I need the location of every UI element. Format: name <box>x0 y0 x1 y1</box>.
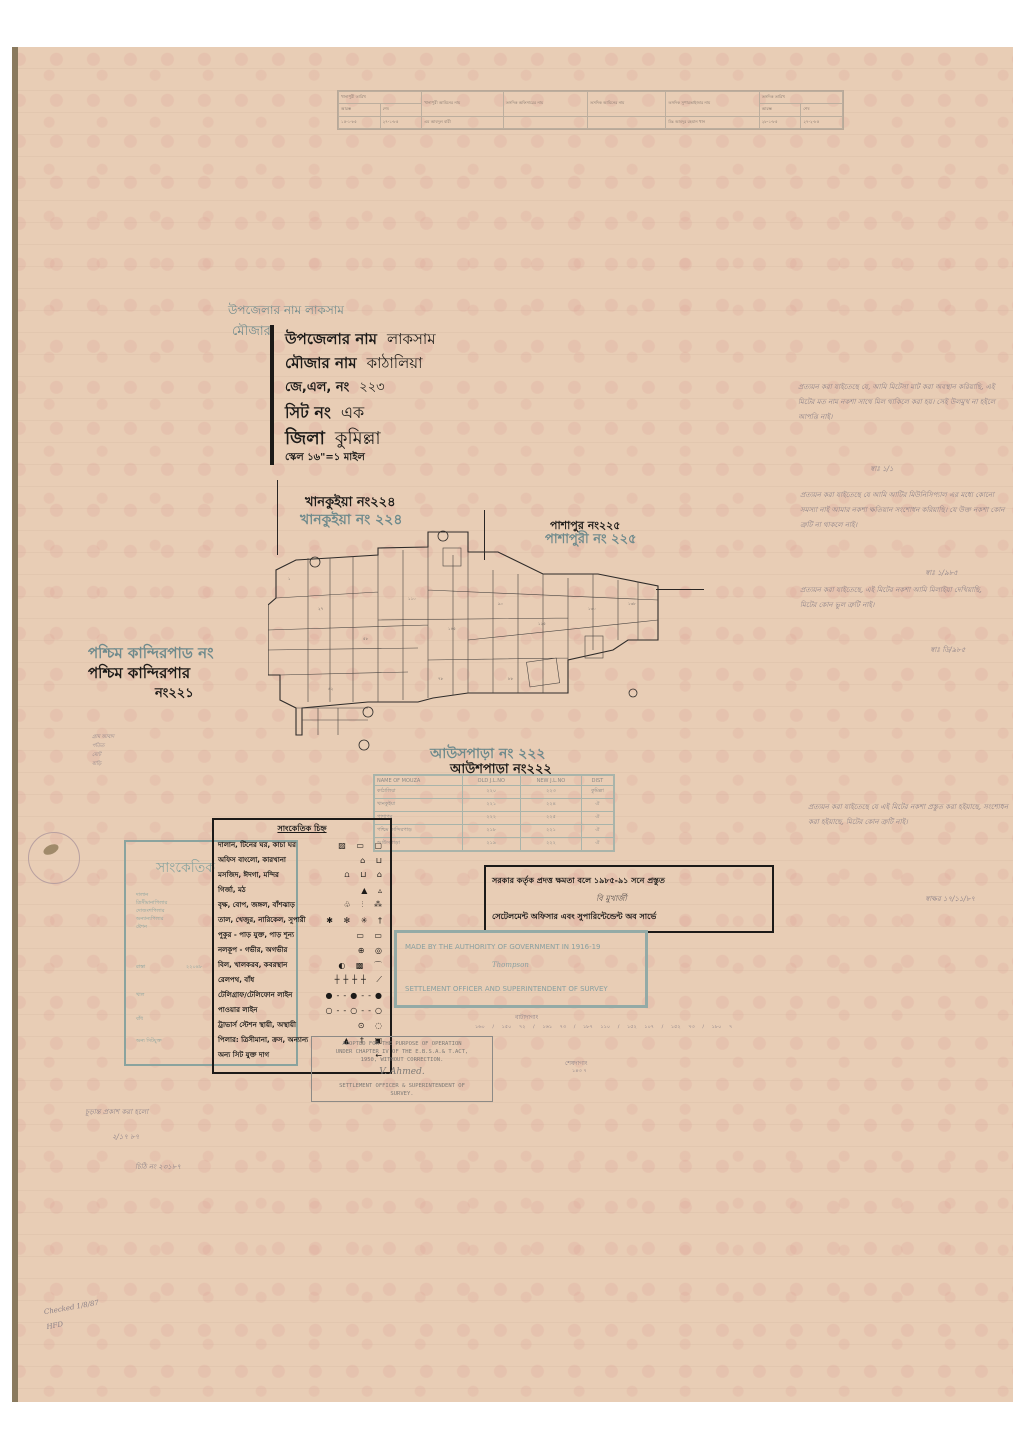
plot-number: ১০৭ / ১৫২ <box>644 1024 680 1030</box>
cell: ২২১ <box>462 799 521 812</box>
plot-numbers-title: বাটাদাগাং <box>515 1012 538 1023</box>
sheet-row: সিট নংএক <box>285 400 364 427</box>
prepared-stamp-line1: সরকার কর্তৃক প্রদত্ত ক্ষমতা বলে ১৯৮৫-৯১ … <box>492 875 766 888</box>
table-row: কাঠালিয়া ২২০ ২২৩ কুমিল্লা <box>375 786 614 799</box>
table-row: আউসপাড়া ২১৯ ২২২ ঐ <box>375 837 614 850</box>
legend-title: সাংকেতিক চিহ্ন <box>214 823 390 836</box>
authority-text: MADE BY THE AUTHORITY OF GOVERNMENT IN <box>405 943 569 951</box>
adopted-stamp: ADOPTED FOR THE PURPOSE OF OPERATION UND… <box>311 1036 493 1102</box>
mouza-names-table: NAME OF MOUZA OLD J.L.NO NEW J.L.NO DIST… <box>373 774 615 852</box>
adopted-line: UNDER CHAPTER IV OF THE E.B.S.A.& T.ACT, <box>312 1049 492 1055</box>
legend-label: পিলার: ত্রিসীমানা, ক্রস, অন্যান্য <box>218 1034 308 1046</box>
svg-text:৫৮: ৫৮ <box>363 636 369 641</box>
stamp-field: অন্য সিটযুক্ত <box>136 1038 162 1046</box>
bottom-note-1: চূড়ান্ত প্রকাশ করা হলো <box>85 1105 148 1120</box>
cell: ২২২ <box>521 837 582 850</box>
mouza-bracket <box>270 325 274 465</box>
adopted-line: SURVEY. <box>312 1091 492 1097</box>
prepared-stamp-line2: সেটেলমেন্ট অফিসার এবং সুপারিন্টেন্ডেন্ট … <box>492 911 766 924</box>
stamp-field: রাস্তা <box>136 964 145 972</box>
legend-item: নলকূপ - গভীর, অগভীর⊕ ◎ <box>218 943 386 957</box>
pencil-note-3: প্রত্যয়ন করা যাইতেছে, এই মিটের নকশা আমি… <box>800 583 1000 613</box>
stamp-field: অন্যান্যপিলার <box>136 916 163 924</box>
tree-symbol-icon: ♧ ⫶ ⁂ <box>344 900 386 910</box>
legend-label: নলকূপ - গভীর, অগভীর <box>218 944 287 956</box>
reg-header: খানাপুরী আমিনের নাম <box>422 92 504 117</box>
legend-item: তাল, খেজুর, নারিকেল, সুপারী✱ ✻ ✳ † <box>218 913 386 927</box>
west-village-number: নং২২১ <box>155 684 194 705</box>
prepared-stamp-signature: বি মুখার্জী <box>596 893 766 906</box>
legend-label: রেলপথ, বাঁধ <box>218 974 254 986</box>
cell: কাঠালিয়া <box>375 786 463 799</box>
svg-text:১৩০: ১৩০ <box>588 606 596 611</box>
reg-cell: ২৮-১-৮৫ <box>759 116 801 128</box>
pencil-note-1: প্রত্যয়ন করা যাইতেছে যে, আমি মিটেসা মাট… <box>798 380 1003 425</box>
stain-mark <box>42 842 60 857</box>
svg-text:২৭: ২৭ <box>318 606 324 611</box>
margin-note: বাড়ি <box>92 760 114 769</box>
pond-symbol-icon: ▭ ▭ <box>356 931 386 940</box>
svg-text:৮৮: ৮৮ <box>508 676 514 681</box>
legend-item: বৃক্ষ, বোপ, জঙ্গল, বাঁশঝাড়♧ ⫶ ⁂ <box>218 898 386 912</box>
register-table: খানাপুরী তারিখ খানাপুরী আমিনের নাম তসদিক… <box>337 90 844 130</box>
svg-text:৯০: ৯০ <box>498 601 504 606</box>
mosque-symbol-icon: ⩍ ⊔ ⌂ <box>344 870 386 880</box>
margin-note: মোট <box>92 751 114 760</box>
legend-item: দালান, টিনের ঘর, কাচা ঘর▨ ▭ ▢ <box>218 838 386 852</box>
plot-number: ৭৩ / ১৮০ <box>688 1024 721 1030</box>
legend-label: তাল, খেজুর, নারিকেল, সুপারী <box>218 914 306 926</box>
svg-text:১৩৮: ১৩৮ <box>628 601 636 606</box>
reg-header: তসদিক তারিখ <box>759 92 842 104</box>
cell: ২২৫ <box>521 812 582 825</box>
cadastral-map: ১২৭৫৮১১০ ১৪৫৯০১২৫১৩০ ১৩৮৬২৭৮৮৮ <box>268 530 708 752</box>
legend-item: পাওয়ার লাইন○--○--○ <box>218 1003 386 1017</box>
power-line-icon: ○--○--○ <box>326 1006 387 1015</box>
cell: ২১৮ <box>462 825 521 838</box>
reg-cell <box>503 116 587 128</box>
col-header: NAME OF MOUZA <box>375 776 463 786</box>
svg-text:৭৮: ৭৮ <box>438 676 444 681</box>
table-row: পশ্চিম কান্দিরপাড় ২১৮ ২২১ ঐ <box>375 825 614 838</box>
legend-item: পুকুর - পাড় যুক্ত, পাড় শূন্য▭ ▭ <box>218 928 386 942</box>
seal-circle <box>28 832 80 884</box>
jl-value: ২২৩ <box>359 380 384 395</box>
stamp-field: ষ্টেশন <box>136 924 147 932</box>
svg-text:১৪৫: ১৪৫ <box>448 626 456 631</box>
adopted-line: SETTLEMENT OFFICER & SUPERINTENDENT OF <box>312 1083 492 1089</box>
cell: ২১৯ <box>462 837 521 850</box>
legend-label: দালান, টিনের ঘর, কাচা ঘর <box>218 839 296 851</box>
pencil-note-2-sign: স্বাঃ ১/৯৮৫ <box>925 566 958 581</box>
traverse-station-icon: ⊙ ◌ <box>358 1021 386 1030</box>
cell: ঐ <box>581 837 613 850</box>
stamp-field: ত্রিসীমানাপিলার <box>136 900 167 908</box>
reg-header: আরম্ভ <box>339 104 381 116</box>
green-stamp-heading: সাংকেতিক <box>156 856 215 880</box>
upazila-row: উপজেলার নামলাকসাম <box>285 328 436 353</box>
legend-item: গির্জা, মঠ▲ ▵ <box>218 883 386 897</box>
reg-cell: ২৭-২-৮৫ <box>801 116 843 128</box>
stamp-field: দালান <box>136 892 148 900</box>
telegraph-line-icon: ●--●--● <box>326 991 387 1000</box>
tubewell-symbol-icon: ⊕ ◎ <box>358 946 386 955</box>
cell: ঐ <box>581 812 613 825</box>
scale-text: স্কেল ১৬"=১ মাইল <box>285 450 365 467</box>
church-symbol-icon: ▲ ▵ <box>361 886 386 895</box>
marsh-symbol-icon: ◐ ▩ ⌒ <box>338 960 386 971</box>
margin-note: গ্রাম আবাদ <box>92 733 114 742</box>
svg-text:১১০: ১১০ <box>408 596 416 601</box>
jl-row: জে,এল, নং২২৩ <box>285 378 385 399</box>
building-symbol-icon: ▨ ▭ ▢ <box>338 841 386 850</box>
pencil-note-3-sign: স্বাঃ ডি/৯৮৫ <box>930 643 965 658</box>
cell: ঐ <box>581 799 613 812</box>
col-header: DIST <box>581 776 613 786</box>
legend-label: বৃক্ষ, বোপ, জঙ্গল, বাঁশঝাড় <box>218 899 295 911</box>
plot-number: ৭ <box>729 1024 732 1030</box>
mouza-info-block: উপজেলার নামলাকসাম মৌজার নামকাঠালিয়া জে,… <box>265 320 495 465</box>
authority-stamp: MADE BY THE AUTHORITY OF GOVERNMENT IN 1… <box>394 930 648 1008</box>
legend-item: টেলিগ্রাফ/টেলিফোন লাইন●--●--● <box>218 988 386 1002</box>
cell: ২২৩ <box>521 786 582 799</box>
pencil-note-2: প্রত্যয়ন করা যাইতেছে যে আমি আটির মিউনিস… <box>800 488 1005 533</box>
district-label: জিলা <box>285 428 325 449</box>
plot-number: ১১০ / ১৫২ <box>600 1024 636 1030</box>
cell: কুমিল্লা <box>581 786 613 799</box>
plot-number: ৭২ / ১৬১ <box>519 1024 552 1030</box>
cell: ২২২ <box>462 812 521 825</box>
reg-header: তসদিক আমিনের নাম <box>588 92 666 117</box>
upazila-value: লাকসাম <box>387 330 436 348</box>
adopted-line: ADOPTED FOR THE PURPOSE OF OPERATION <box>312 1041 492 1047</box>
legend-item: রেলপথ, বাঁধ┼┼┼┼ ⟋ <box>218 973 386 987</box>
legend-label: অফিস বাংলো, কারখানা <box>218 854 286 866</box>
col-header: OLD J.L.NO <box>462 776 521 786</box>
reg-header: খানাপুরী তারিখ <box>339 92 422 104</box>
adopted-signature: V. Ahmed. <box>312 1067 492 1077</box>
reg-cell: ২৭-১-৮৫ <box>380 116 422 128</box>
bottom-note-3: চিঠি নং ২৩১৮৭ <box>135 1160 181 1175</box>
legend-label: পুকুর - পাড় যুক্ত, পাড় শূন্য <box>218 929 294 941</box>
reg-cell: মিঃ আবদুর রহমান খান <box>666 116 759 128</box>
col-header: NEW J.L.NO <box>521 776 582 786</box>
cell: ঐ <box>581 825 613 838</box>
sheet-value: এক <box>341 403 364 422</box>
legend-label: মসজিদ, ঈদগা, মন্দির <box>218 869 279 881</box>
sheet-label: সিট নং <box>285 403 331 422</box>
svg-text:১: ১ <box>288 576 291 581</box>
legend-item: মসজিদ, ঈদগা, মন্দির⩍ ⊔ ⌂ <box>218 868 386 882</box>
pencil-note-1-sign: স্বাঃ ১/১ <box>870 462 894 477</box>
legend-label: অন্য সিট যুক্ত দাগ <box>218 1049 269 1061</box>
cell: ২২৪ <box>521 799 582 812</box>
jl-label: জে,এল, নং <box>285 380 349 395</box>
stamp-field: দোজংশপিলার <box>136 908 164 916</box>
legend-label: ট্রাভার্স স্টেশন স্থায়ী, অস্থায়ী <box>218 1019 296 1031</box>
bottom-note-2: ২/১৭ ৮৭ <box>112 1130 139 1145</box>
reg-cell <box>588 116 666 128</box>
mouza-row: মৌজার নামকাঠালিয়া <box>285 352 422 377</box>
last-plot-value: ১৪৩ ৭ <box>572 1068 587 1076</box>
svg-text:৬২: ৬২ <box>328 686 334 691</box>
pencil-note-4-sign: স্বাক্ষর ১৭/১১/৮৭ <box>925 892 975 907</box>
cell: ২২০ <box>462 786 521 799</box>
cell: খানকুইয়া <box>375 799 463 812</box>
prepared-stamp: সরকার কর্তৃক প্রদত্ত ক্ষমতা বলে ১৯৮৫-৯১ … <box>484 865 774 933</box>
plot-number: ১৬০ / ১৫০ <box>475 1024 511 1030</box>
margin-note: পতিত <box>92 742 114 751</box>
pencil-note-4: প্রত্যয়ন করা যাইতেছে যে এই মিটের নকশা প… <box>808 800 1008 830</box>
north-village-stamp: খানকুইয়া নং ২২৪ <box>300 508 402 532</box>
legend-label: টেলিগ্রাফ/টেলিফোন লাইন <box>218 989 292 1001</box>
mouza-label: মৌজার নাম <box>285 354 357 372</box>
stamp-field: খাল <box>136 992 144 1000</box>
legend-item: ট্রাভার্স স্টেশন স্থায়ী, অস্থায়ী⊙ ◌ <box>218 1018 386 1032</box>
reg-header: তসদিক সুপারভাইজার নাম <box>666 92 759 117</box>
reg-header: তসদিক অফিসারের নাম <box>503 92 587 117</box>
reg-cell: এম আবদুল বারী <box>422 116 504 128</box>
adopted-line: 1950, WITHOUT CORRECTION. <box>312 1057 492 1063</box>
left-margin-notes: গ্রাম আবাদ পতিত মোট বাড়ি <box>92 733 114 769</box>
palm-symbol-icon: ✱ ✻ ✳ † <box>326 916 386 925</box>
upazila-blue-stamp: উপজেলার নাম লাকসাম <box>228 302 344 322</box>
reg-cell: ১৫-১-৮৫ <box>339 116 381 128</box>
legend-label: পাওয়ার লাইন <box>218 1004 257 1016</box>
district-value: কুমিল্লা <box>335 428 381 449</box>
authority-stamp-line1: MADE BY THE AUTHORITY OF GOVERNMENT IN 1… <box>405 943 601 951</box>
mouza-value: কাঠালিয়া <box>367 354 423 372</box>
legend-item: অফিস বাংলো, কারখানা⌂ ⊔ <box>218 853 386 867</box>
railway-symbol-icon: ┼┼┼┼ ⟋ <box>335 975 386 985</box>
cell: ২২১ <box>521 825 582 838</box>
reg-header: শেষ <box>380 104 422 116</box>
stamp-field: বাঁধ <box>136 1016 143 1024</box>
table-row: খানকুইয়া ২২১ ২২৪ ঐ <box>375 799 614 812</box>
authority-signature: Thompson <box>492 961 529 969</box>
reg-header: আরম্ভ <box>759 104 801 116</box>
legend-item: বিল, খালকরব, কবরস্থান◐ ▩ ⌒ <box>218 958 386 972</box>
legend-label: বিল, খালকরব, কবরস্থান <box>218 959 287 971</box>
svg-text:১২৫: ১২৫ <box>538 621 546 626</box>
reg-header: শেষ <box>801 104 843 116</box>
plot-numbers-list: ১৬০ / ১৫০ ৭২ / ১৬১ ৭৩ / ১৮৭ ১১০ / ১৫২ ১০… <box>475 1024 732 1032</box>
authority-stamp-line2: SETTLEMENT OFFICER AND SUPERINTENDENT OF… <box>405 985 608 993</box>
legend-label: গির্জা, মঠ <box>218 884 246 896</box>
office-symbol-icon: ⌂ ⊔ <box>360 856 386 865</box>
upazila-label: উপজেলার নাম <box>285 330 377 348</box>
stamp-note: ২২০৪৮ <box>186 964 202 972</box>
table-row: পাশাপুর ২২২ ২২৫ ঐ <box>375 812 614 825</box>
plot-number: ৭৩ / ১৮৭ <box>560 1024 593 1030</box>
authority-years: 1916-19 <box>571 943 600 951</box>
